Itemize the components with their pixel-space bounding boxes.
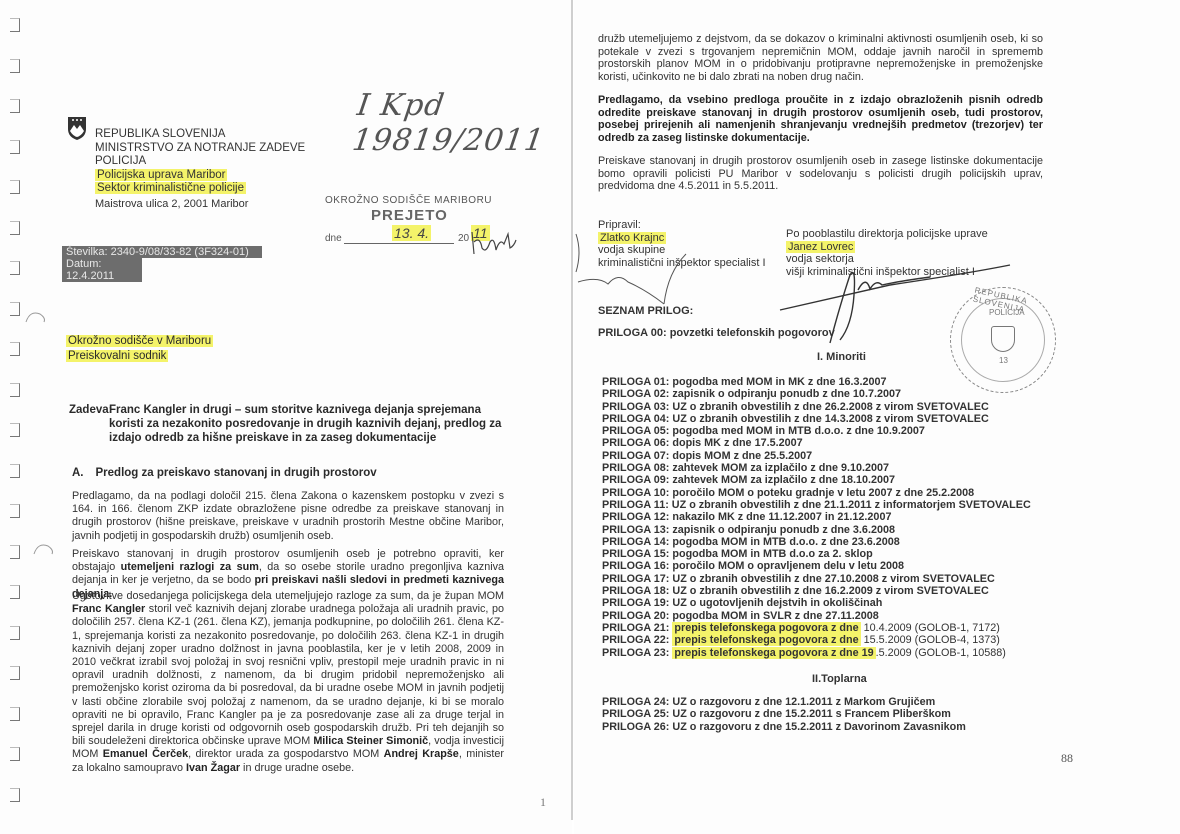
attachment-item: PRILOGA 18: UZ o zbranih obvestilih z dn… bbox=[602, 585, 1031, 597]
page-number-left: 1 bbox=[540, 795, 546, 810]
redacted-date: Datum: 12.4.2011 bbox=[62, 258, 142, 282]
attachment-item: PRILOGA 14: pogodba MOM in MTB d.o.o. z … bbox=[602, 536, 1031, 548]
right-paragraph-schedule: Preiskave stanovanj in drugih prostorov … bbox=[598, 155, 1043, 193]
page-divider bbox=[571, 0, 573, 820]
stamp-received-label: PREJETO bbox=[371, 207, 448, 224]
attachment-item: PRILOGA 22: prepis telefonskega pogovora… bbox=[602, 634, 1031, 646]
attachment-item: PRILOGA 01: pogodba med MOM in MK z dne … bbox=[602, 376, 1031, 388]
police-sector: Sektor kriminalistične policije bbox=[95, 182, 246, 194]
header-line: POLICIJA bbox=[95, 155, 305, 169]
stamp-year-prefix: 20 bbox=[458, 233, 469, 244]
attachment-item: PRILOGA 08: zahtevek MOM za izplačilo z … bbox=[602, 462, 1031, 474]
handwritten-case-number: I Kpd 19819/2011 bbox=[350, 88, 577, 158]
attachment-item: PRILOGA 20: pogodba MOM in SVLR z dne 27… bbox=[602, 610, 1031, 622]
attachment-00: PRILOGA 00: povzetki telefonskih pogovor… bbox=[598, 327, 835, 339]
subject-text: Franc Kangler in drugi – sum storitve ka… bbox=[109, 403, 509, 445]
recipient-block: Okrožno sodišče v Mariboru Preiskovalni … bbox=[66, 334, 213, 363]
attachment-item: PRILOGA 17: UZ o zbranih obvestilih z dn… bbox=[602, 573, 1031, 585]
stamp-court-name: OKROŽNO SODIŠČE MARIBORU bbox=[325, 195, 495, 206]
attachment-item: PRILOGA 15: pogodba MOM in MTB d.o.o za … bbox=[602, 548, 1031, 560]
paragraph-findings: Ugotovitve dosedanjega policijskega dela… bbox=[72, 590, 504, 775]
stamp-year-handwritten: 11 bbox=[471, 225, 490, 241]
attachment-item: PRILOGA 13: zapisnik o odpiranju ponudb … bbox=[602, 524, 1031, 536]
subject-label: Zadeva: bbox=[69, 403, 112, 417]
attachments-section-2-title: II.Toplarna bbox=[812, 673, 867, 685]
attachments-section-1-list: PRILOGA 01: pogodba med MOM in MK z dne … bbox=[602, 376, 1031, 659]
attachment-item: PRILOGA 25: UZ o razgovoru z dne 15.2.20… bbox=[602, 708, 966, 720]
redacted-number: Številka: 2340-9/08/33-82 (3F324-01) bbox=[62, 246, 262, 258]
stamp-date-handwritten: 13. 4. bbox=[392, 225, 431, 241]
attachment-item: PRILOGA 11: UZ o zbranih obvestilih z dn… bbox=[602, 499, 1031, 511]
paragraph-proposal: Predlagamo, da na podlagi določil 215. č… bbox=[72, 490, 504, 543]
attachment-item: PRILOGA 24: UZ o razgovoru z dne 12.1.20… bbox=[602, 696, 966, 708]
seal-coat-of-arms-icon bbox=[991, 326, 1015, 352]
header-line: MINISTRSTVO ZA NOTRANJE ZADEVE bbox=[95, 142, 305, 156]
binder-holes bbox=[10, 0, 24, 834]
attachments-heading: SEZNAM PRILOG: bbox=[598, 305, 693, 317]
redacted-reference: Številka: 2340-9/08/33-82 (3F324-01) Dat… bbox=[62, 246, 262, 282]
slovenia-coat-of-arms-icon bbox=[66, 115, 88, 141]
attachment-item: PRILOGA 26: UZ o razgovoru z dne 15.2.20… bbox=[602, 721, 966, 733]
attachment-item: PRILOGA 16: poročilo MOM o opravljenem d… bbox=[602, 560, 1031, 572]
attachment-item: PRILOGA 05: pogodba med MOM in MTB d.o.o… bbox=[602, 425, 1031, 437]
recipient-judge: Preiskovalni sodnik bbox=[66, 350, 168, 362]
header-line: REPUBLIKA SLOVENIJA bbox=[95, 128, 305, 142]
page-number-right: 88 bbox=[1061, 751, 1073, 766]
attachment-item: PRILOGA 06: dopis MK z dne 17.5.2007 bbox=[602, 437, 1031, 449]
attachment-item: PRILOGA 12: nakazilo MK z dne 11.12.2007… bbox=[602, 511, 1031, 523]
authorized-by-name: Janez Lovrec bbox=[786, 241, 855, 253]
attachment-item: PRILOGA 21: prepis telefonskega pogovora… bbox=[602, 622, 1031, 634]
recipient-court: Okrožno sodišče v Mariboru bbox=[66, 335, 213, 347]
authorized-by-block: Po pooblastilu direktorja policijske upr… bbox=[786, 228, 988, 278]
police-directorate: Policijska uprava Maribor bbox=[95, 169, 227, 181]
attachment-item: PRILOGA 23: prepis telefonskega pogovora… bbox=[602, 647, 1031, 659]
right-paragraph-request: Predlagamo, da vsebino predloga proučite… bbox=[598, 94, 1043, 144]
margin-mark-icon bbox=[30, 540, 58, 558]
attachment-item: PRILOGA 19: UZ o ugotovljenih dejstvih i… bbox=[602, 597, 1031, 609]
right-paragraph-evidence: družb utemeljujemo z dejstvom, da se dok… bbox=[598, 33, 1043, 83]
attachments-section-1-title: I. Minoriti bbox=[817, 351, 866, 363]
attachment-item: PRILOGA 09: zahtevek MOM za izplačilo z … bbox=[602, 474, 1031, 486]
attachment-item: PRILOGA 10: poročilo MOM o poteku gradnj… bbox=[602, 487, 1031, 499]
stamp-dne-label: dne bbox=[325, 233, 342, 244]
issuer-header: REPUBLIKA SLOVENIJA MINISTRSTVO ZA NOTRA… bbox=[95, 128, 305, 211]
attachment-item: PRILOGA 04: UZ o zbranih obvestilih z dn… bbox=[602, 413, 1031, 425]
subject-line: Zadeva: Franc Kangler in drugi – sum sto… bbox=[69, 403, 509, 445]
left-page: REPUBLIKA SLOVENIJA MINISTRSTVO ZA NOTRA… bbox=[0, 0, 572, 834]
issuer-address: Maistrova ulica 2, 2001 Maribor bbox=[95, 198, 305, 212]
attachment-item: PRILOGA 03: UZ o zbranih obvestilih z dn… bbox=[602, 401, 1031, 413]
attachments-section-2-list: PRILOGA 24: UZ o razgovoru z dne 12.1.20… bbox=[602, 696, 966, 733]
prepared-by-block: Pripravil: Zlatko Krajnc vodja skupine k… bbox=[598, 219, 766, 269]
prepared-by-name: Zlatko Krajnc bbox=[598, 232, 666, 244]
section-a-heading: A.Predlog za preiskavo stanovanj in drug… bbox=[72, 467, 377, 479]
attachment-item: PRILOGA 07: dopis MOM z dne 25.5.2007 bbox=[602, 450, 1031, 462]
margin-mark-icon bbox=[22, 308, 50, 326]
attachment-item: PRILOGA 02: zapisnik o odpiranju ponudb … bbox=[602, 388, 1031, 400]
court-received-stamp: OKROŽNO SODIŠČE MARIBORU PREJETO dne 13.… bbox=[325, 195, 495, 206]
